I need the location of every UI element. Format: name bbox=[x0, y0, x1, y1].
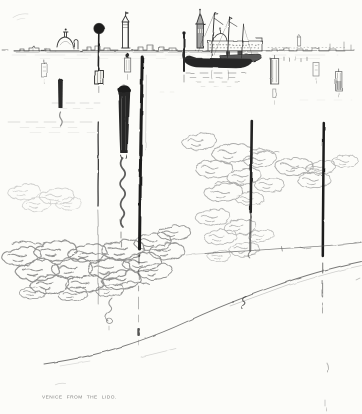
pole-thin-left bbox=[98, 122, 99, 304]
pole-tall-center bbox=[137, 57, 146, 345]
mooring-poles bbox=[58, 57, 360, 411]
moored-barges bbox=[182, 12, 261, 87]
distant-post-row bbox=[284, 57, 307, 62]
shoreline-main bbox=[44, 262, 362, 365]
shoreline-upper bbox=[205, 243, 362, 254]
seaweed-band-left bbox=[2, 225, 191, 301]
shoreline-lines bbox=[44, 243, 362, 367]
left-buildings bbox=[2, 46, 56, 51]
marker-far-right-1 bbox=[313, 63, 319, 84]
seaweed-band-right bbox=[182, 132, 359, 206]
mast bbox=[228, 17, 230, 58]
venice-skyline bbox=[2, 9, 355, 53]
marker-far-right-2 bbox=[336, 69, 342, 97]
domed-church bbox=[55, 29, 81, 52]
pile-reflection bbox=[120, 158, 125, 227]
monastery-buildings bbox=[208, 28, 262, 52]
seaweed-faint-patch bbox=[8, 184, 82, 211]
right-shore-skyline bbox=[266, 35, 355, 52]
ball-signal-pole bbox=[94, 23, 104, 92]
venice-lido-sketch: VENICE FROM THE LIDO. bbox=[0, 0, 362, 414]
caption-text: VENICE FROM THE LIDO. bbox=[42, 395, 117, 401]
pole-right-a bbox=[248, 121, 252, 258]
marker-right-tall bbox=[271, 56, 279, 105]
marker-left bbox=[41, 60, 47, 83]
st-marks-campanile bbox=[121, 12, 130, 48]
marker-center bbox=[125, 53, 131, 79]
riva-buildings bbox=[132, 45, 182, 51]
san-giorgio-campanile bbox=[196, 9, 205, 48]
sketch-canvas: VENICE FROM THE LIDO. bbox=[0, 0, 362, 414]
signal-basket bbox=[95, 71, 104, 85]
seaweed-transition bbox=[196, 209, 274, 262]
caption: VENICE FROM THE LIDO. bbox=[42, 383, 117, 400]
stray-pen-marks bbox=[13, 14, 28, 20]
pile-short-left bbox=[58, 78, 63, 126]
mid-buildings bbox=[82, 46, 118, 51]
pen-mark bbox=[55, 383, 66, 385]
